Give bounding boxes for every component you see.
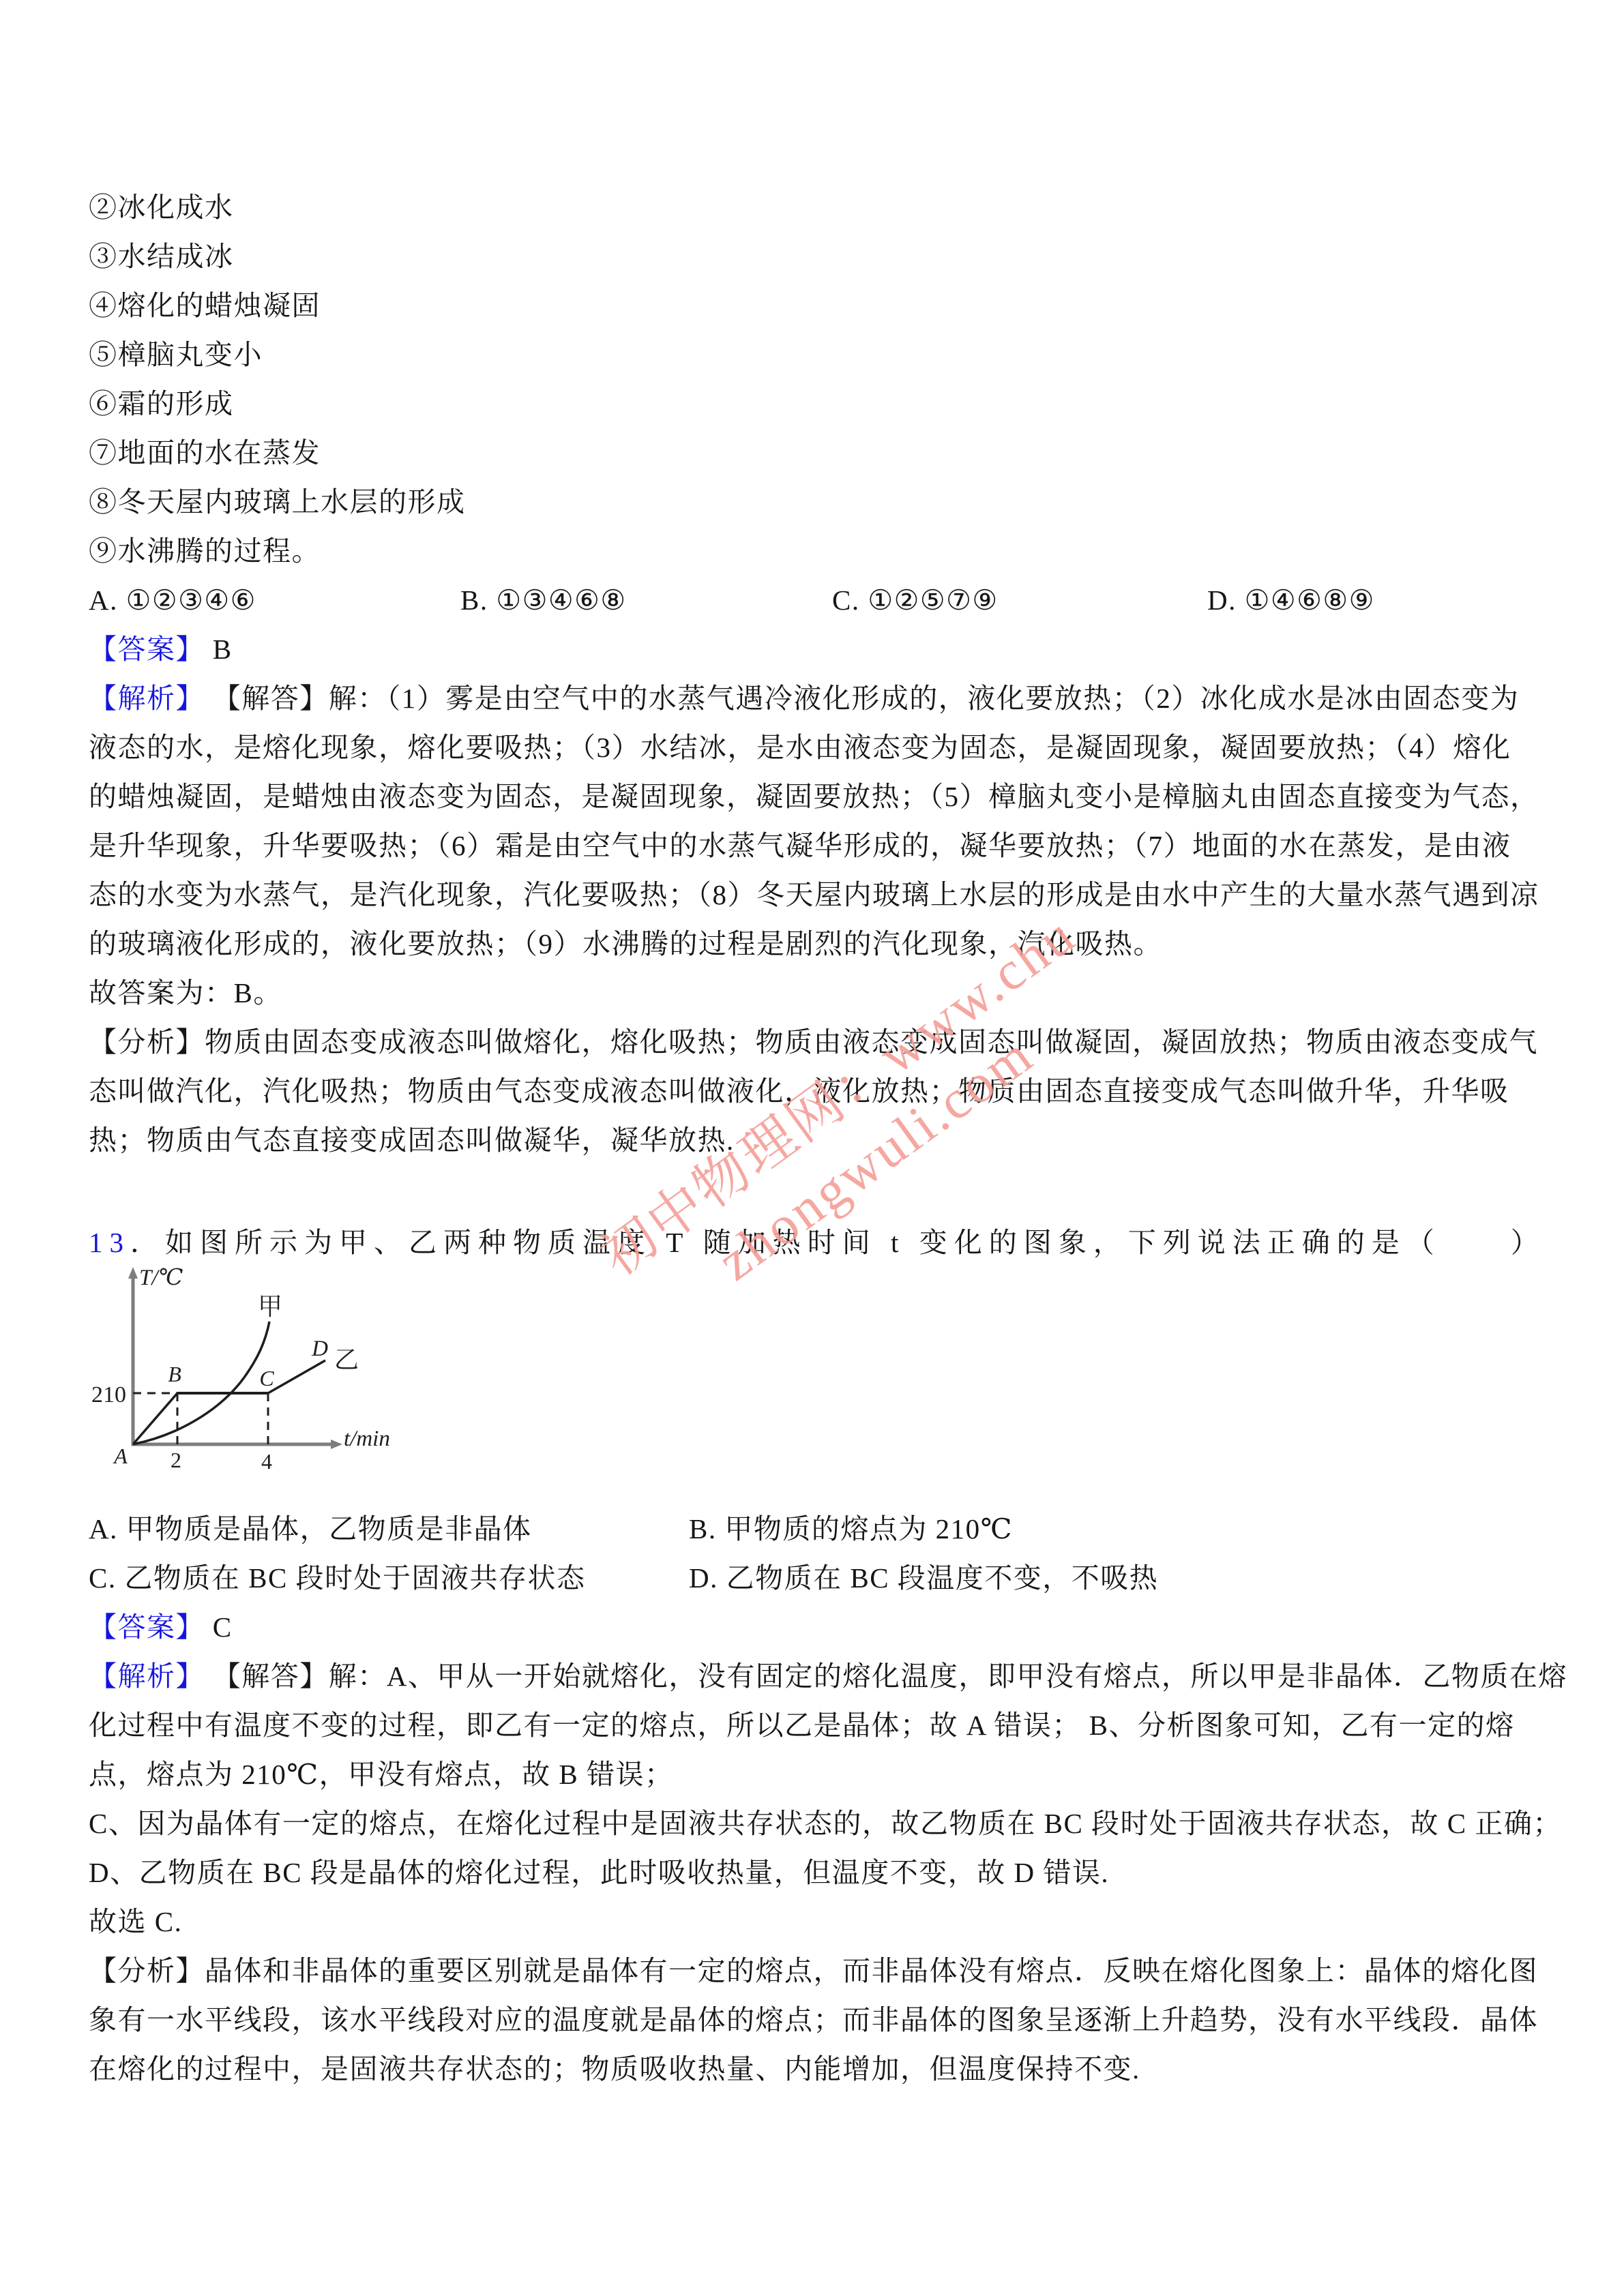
x-tick-2: 2: [171, 1448, 181, 1472]
q12-analysis-line-2: 态叫做汽化，汽化吸热；物质由气态变成液态叫做液化，液化放热；物质由固态直接变成气…: [89, 1067, 1538, 1116]
q12-item-7: ⑦地面的水在蒸发: [89, 428, 1538, 477]
q12-explain-line-2: 液态的水，是熔化现象，熔化要吸热；（3）水结冰，是水由液态变为固态，是凝固现象，…: [89, 723, 1538, 772]
q12-item-3: ③水结成冰: [89, 232, 1538, 281]
q13-explain-line-2: 化过程中有温度不变的过程，即乙有一定的熔点，所以乙是晶体；故 A 错误； B、分…: [89, 1701, 1538, 1750]
q12-item-4: ④熔化的蜡烛凝固: [89, 281, 1538, 330]
q12-item-2: ②冰化成水: [89, 183, 1538, 232]
q12-options-row: A. ①②③④⑥ B. ①③④⑥⑧ C. ①②⑤⑦⑨ D. ①④⑥⑧⑨: [89, 576, 1538, 625]
q13-answer-value: C: [213, 1611, 233, 1643]
jiexi-marker: 【解析】: [89, 1660, 205, 1692]
q12-option-c: C. ①②⑤⑦⑨: [832, 576, 999, 625]
q12-explain-line-5: 态的水变为水蒸气，是汽化现象，汽化要吸热；（8）冬天屋内玻璃上水层的形成是由水中…: [89, 870, 1538, 919]
x-tick-4: 4: [261, 1449, 272, 1474]
q13-title: 13．如图所示为甲、乙两种物质温度 T 随加热时间 t 变化的图象，下列说法正确…: [89, 1218, 1538, 1267]
q13-title-text: ．如图所示为甲、乙两种物质温度 T 随加热时间 t 变化的图象，下列说法正确的是…: [130, 1227, 1546, 1258]
q13-options-row-1: A. 甲物质是晶体，乙物质是非晶体 B. 甲物质的熔点为 210℃: [89, 1504, 1538, 1553]
q13-conclusion: 故选 C.: [89, 1897, 1538, 1946]
document-page: 初中物理网：www.chu zhongwuli.com ②冰化成水 ③水结成冰 …: [0, 0, 1624, 2296]
q13-option-b: B. 甲物质的熔点为 210℃: [689, 1504, 1013, 1553]
q12-explain-line-6: 的玻璃液化形成的，液化要放热；（9）水沸腾的过程是剧烈的汽化现象，汽化吸热。: [89, 919, 1538, 968]
q12-item-8: ⑧冬天屋内玻璃上水层的形成: [89, 477, 1538, 526]
q13-option-d: D. 乙物质在 BC 段温度不变，不吸热: [689, 1553, 1158, 1602]
q13-analysis-line-3: 在熔化的过程中，是固液共存状态的；物质吸收热量、内能增加，但温度保持不变.: [89, 2044, 1538, 2093]
x-axis-label: t/min: [344, 1427, 390, 1451]
q12-option-b: B. ①③④⑥⑧: [460, 576, 627, 625]
point-a-label: A: [113, 1444, 128, 1468]
point-b-label: B: [168, 1362, 181, 1386]
yi-curve-ab: [133, 1393, 177, 1444]
q13-explain-line-1: 【解析】 【解答】解：A、甲从一开始就熔化，没有固定的熔化温度，即甲没有熔点，所…: [89, 1652, 1538, 1701]
q13-analysis-line-2: 象有一水平线段，该水平线段对应的温度就是晶体的熔点；而非晶体的图象呈逐渐上升趋势…: [89, 1995, 1538, 2044]
x-axis-arrow-icon: [331, 1440, 342, 1449]
q13-explain-line-5: D、乙物质在 BC 段是晶体的熔化过程，此时吸收热量，但温度不变，故 D 错误.: [89, 1848, 1538, 1897]
jia-curve: [133, 1322, 269, 1444]
q12-answer-value: B: [213, 633, 233, 665]
section-gap: [89, 1165, 1538, 1218]
q12-item-5: ⑤樟脑丸变小: [89, 330, 1538, 379]
jiexi-marker: 【解析】: [89, 683, 205, 714]
answer-marker: 【答案】: [89, 1611, 205, 1643]
q12-item-6: ⑥霜的形成: [89, 379, 1538, 428]
q12-option-a: A. ①②③④⑥: [89, 576, 256, 625]
q12-explain-line-4: 是升华现象，升华要吸热；（6）霜是由空气中的水蒸气凝华形成的，凝华要放热；（7）…: [89, 821, 1538, 870]
q12-explain-line-3: 的蜡烛凝固，是蜡烛由液态变为固态，是凝固现象，凝固要放热；（5）樟脑丸变小是樟脑…: [89, 772, 1538, 821]
q13-explain-intro: 【解答】解：A、甲从一开始就熔化，没有固定的熔化温度，即甲没有熔点，所以甲是非晶…: [213, 1660, 1567, 1692]
point-d-label: D: [311, 1337, 328, 1361]
q13-option-c: C. 乙物质在 BC 段时处于固液共存状态: [89, 1553, 586, 1602]
y-axis-arrow-icon: [128, 1267, 138, 1279]
q13-explain-line-3: 点，熔点为 210℃，甲没有熔点，故 B 错误；: [89, 1750, 1538, 1799]
yi-curve-cd: [268, 1360, 325, 1393]
q13-answer-line: 【答案】 C: [89, 1602, 1538, 1652]
y-axis-label: T/℃: [139, 1267, 183, 1290]
melting-graph: T/℃ t/min 210 2 4 A B C D 甲 乙: [89, 1267, 443, 1492]
document-content: ②冰化成水 ③水结成冰 ④熔化的蜡烛凝固 ⑤樟脑丸变小 ⑥霜的形成 ⑦地面的水在…: [89, 183, 1538, 2093]
q12-explain-intro: 【解答】解：（1）雾是由空气中的水蒸气遇冷液化形成的，液化要放热；（2）冰化成水…: [213, 683, 1520, 714]
point-c-label: C: [259, 1366, 274, 1390]
q13-number: 13: [89, 1227, 130, 1258]
q13-option-a: A. 甲物质是晶体，乙物质是非晶体: [89, 1504, 532, 1553]
q12-analysis-line-1: 【分析】物质由固态变成液态叫做熔化，熔化吸热；物质由液态变成固态叫做凝固，凝固放…: [89, 1017, 1538, 1067]
q12-analysis-line-3: 热；物质由气态直接变成固态叫做凝华，凝华放热.: [89, 1116, 1538, 1165]
answer-marker: 【答案】: [89, 633, 205, 665]
jia-curve-label: 甲: [258, 1293, 282, 1320]
q12-option-d: D. ①④⑥⑧⑨: [1207, 576, 1375, 625]
q12-conclusion: 故答案为：B。: [89, 968, 1538, 1017]
y-tick-210: 210: [91, 1382, 126, 1407]
q13-analysis-line-1: 【分析】晶体和非晶体的重要区别就是晶体有一定的熔点，而非晶体没有熔点．反映在熔化…: [89, 1946, 1538, 1995]
yi-curve-label: 乙: [334, 1346, 359, 1373]
q13-figure: T/℃ t/min 210 2 4 A B C D 甲 乙: [89, 1267, 443, 1492]
q13-explain-line-4: C、因为晶体有一定的熔点，在熔化过程中是固液共存状态的，故乙物质在 BC 段时处…: [89, 1799, 1538, 1848]
q12-explain-line-1: 【解析】 【解答】解：（1）雾是由空气中的水蒸气遇冷液化形成的，液化要放热；（2…: [89, 674, 1538, 723]
q12-answer-line: 【答案】 B: [89, 625, 1538, 674]
q13-options-row-2: C. 乙物质在 BC 段时处于固液共存状态 D. 乙物质在 BC 段温度不变，不…: [89, 1553, 1538, 1602]
q12-item-9: ⑨水沸腾的过程。: [89, 526, 1538, 576]
